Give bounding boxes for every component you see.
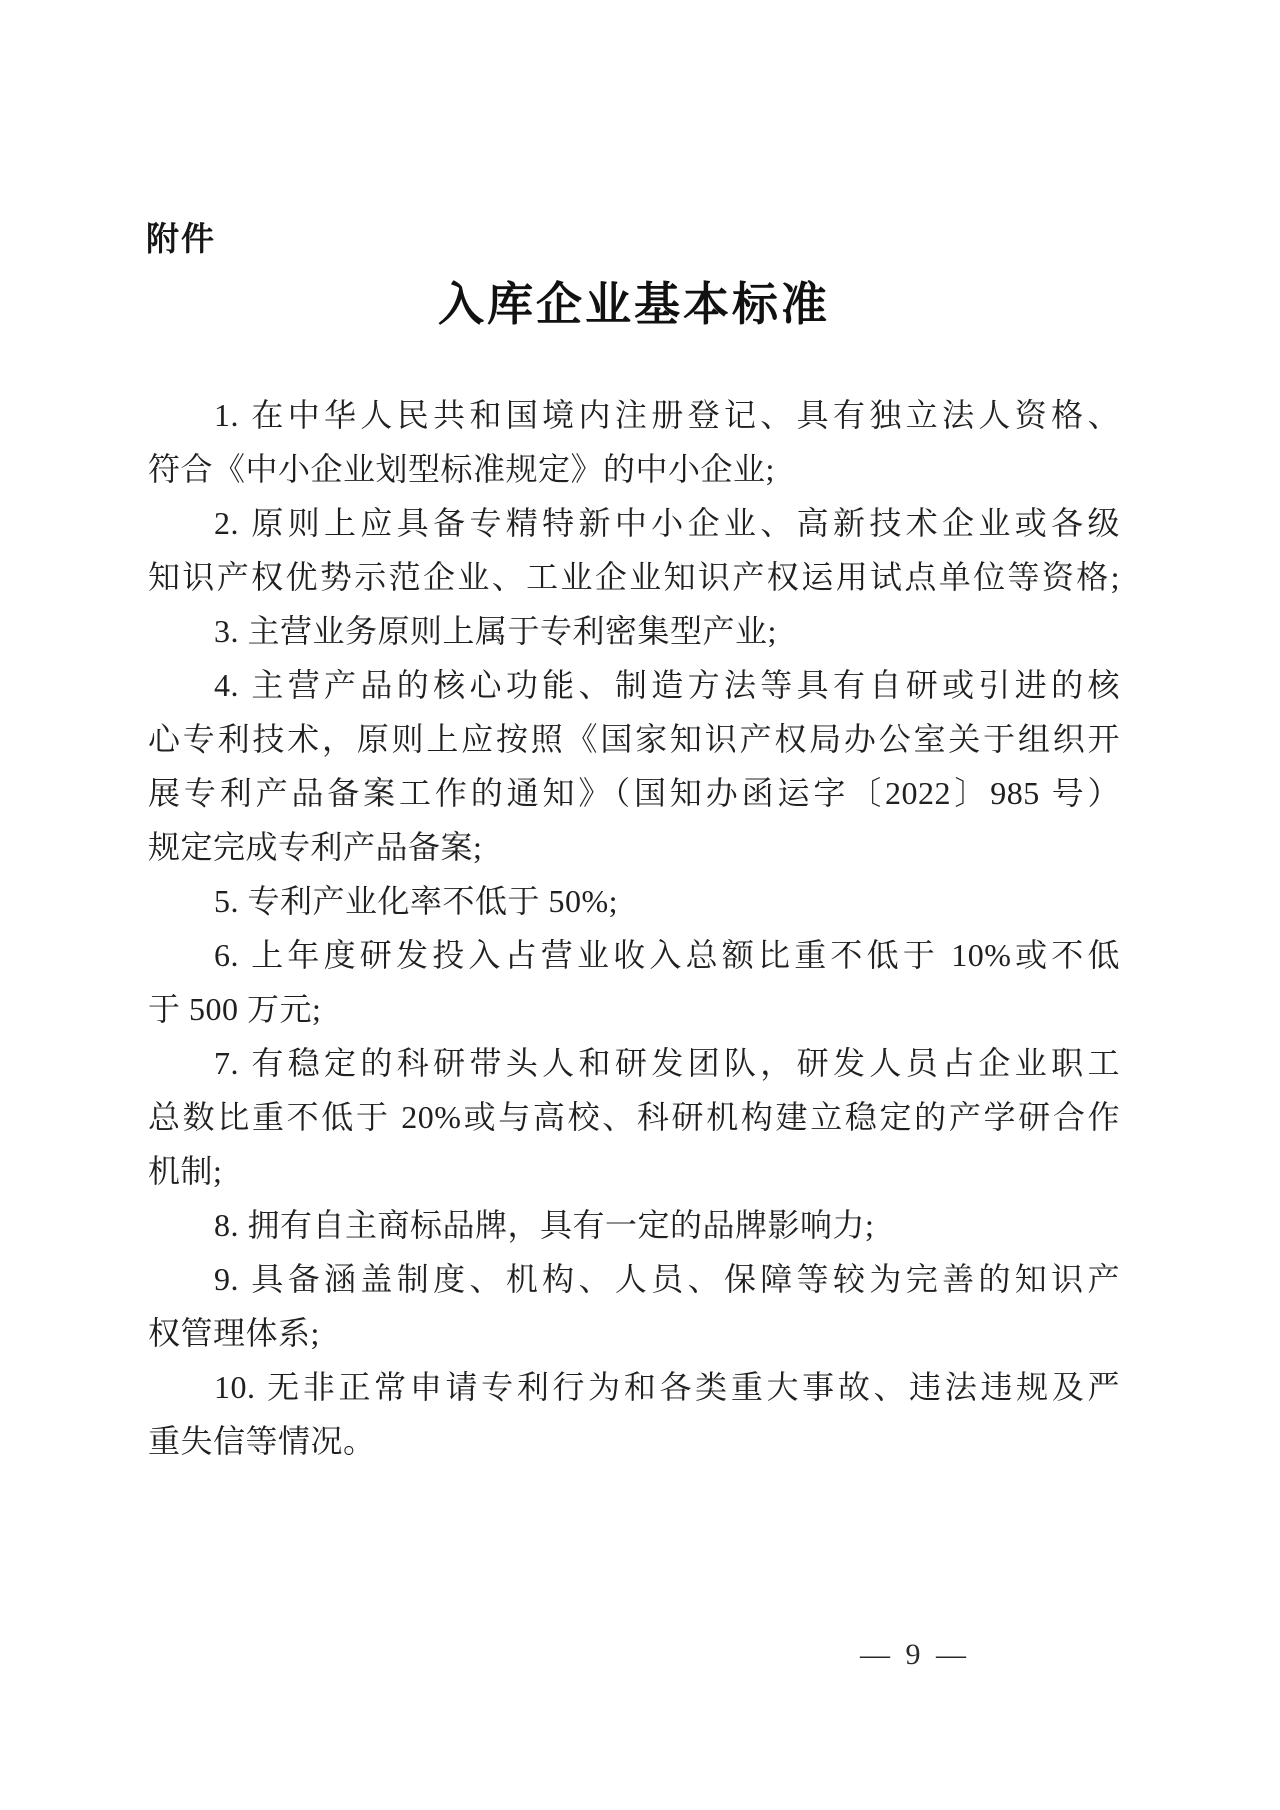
- document-page: 附件 入库企业基本标准 1. 在中华人民共和国境内注册登记、具有独立法人资格、 …: [0, 0, 1280, 1810]
- text-line: 展专利产品备案工作的通知》（国知办函运字〔2022〕985 号）: [148, 766, 1120, 820]
- text-line: 总数比重不低于 20%或与高校、科研机构建立稳定的产学研合作: [148, 1090, 1120, 1144]
- text-line: 3. 主营业务原则上属于专利密集型产业;: [148, 604, 1120, 658]
- text-line: 2. 原则上应具备专精特新中小企业、高新技术企业或各级: [148, 496, 1120, 550]
- text-line: 10. 无非正常申请专利行为和各类重大事故、违法违规及严: [148, 1360, 1120, 1414]
- text-line: 机制;: [148, 1144, 1120, 1198]
- document-body: 1. 在中华人民共和国境内注册登记、具有独立法人资格、 符合《中小企业划型标准规…: [148, 388, 1120, 1468]
- text-line: 4. 主营产品的核心功能、制造方法等具有自研或引进的核: [148, 658, 1120, 712]
- text-line: 规定完成专利产品备案;: [148, 820, 1120, 874]
- text-line: 9. 具备涵盖制度、机构、人员、保障等较为完善的知识产: [148, 1252, 1120, 1306]
- text-line: 1. 在中华人民共和国境内注册登记、具有独立法人资格、: [148, 388, 1120, 442]
- document-title: 入库企业基本标准: [148, 268, 1120, 334]
- text-line: 心专利技术，原则上应按照《国家知识产权局办公室关于组织开: [148, 712, 1120, 766]
- text-line: 知识产权优势示范企业、工业企业知识产权运用试点单位等资格;: [148, 550, 1120, 604]
- attachment-label: 附件: [146, 213, 216, 260]
- page-number: — 9 —: [860, 1638, 970, 1672]
- text-line: 符合《中小企业划型标准规定》的中小企业;: [148, 442, 1120, 496]
- text-line: 6. 上年度研发投入占营业收入总额比重不低于 10%或不低: [148, 928, 1120, 982]
- text-line: 5. 专利产业化率不低于 50%;: [148, 874, 1120, 928]
- text-line: 于 500 万元;: [148, 982, 1120, 1036]
- text-line: 7. 有稳定的科研带头人和研发团队，研发人员占企业职工: [148, 1036, 1120, 1090]
- text-line: 8. 拥有自主商标品牌，具有一定的品牌影响力;: [148, 1198, 1120, 1252]
- text-line: 权管理体系;: [148, 1306, 1120, 1360]
- text-line: 重失信等情况。: [148, 1414, 1120, 1468]
